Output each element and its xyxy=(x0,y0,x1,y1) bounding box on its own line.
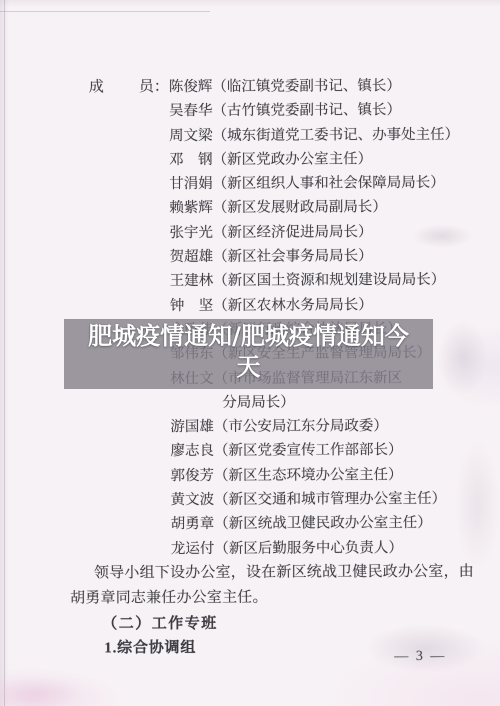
subsection-item-1: 1.综合协调组 xyxy=(104,636,196,657)
caption-line2: 天 xyxy=(237,352,261,383)
member-row: 郭俊芳（新区生态环境办公室主任） xyxy=(0,462,500,488)
member-row: 赖紫辉（新区发展财政局副局长） xyxy=(0,195,499,221)
member-row: 贺超雄（新区社会事务局局长） xyxy=(0,244,500,270)
member-role-label: 成 员： xyxy=(89,75,169,100)
member-row: 陈俊辉（临江镇党委副书记、镇长） xyxy=(0,74,499,100)
member-row: 周文梁（城东街道党工委书记、办事处主任） xyxy=(0,122,499,148)
member-row: 钟 坚（新区农林水务局局长） xyxy=(0,292,500,318)
member-row: 黄文波（新区交通和城市管理办公室主任） xyxy=(1,487,500,513)
member-list: 成 员： 陈俊辉（临江镇党委副书记、镇长） 吴春华（古竹镇党委副书记、镇长） 周… xyxy=(0,74,500,562)
label-yuan: 员： xyxy=(139,75,169,99)
office-paragraph-line1: 领导小组下设办公室，设在新区统战卫健民政办公室，由 xyxy=(94,560,474,583)
label-cheng: 成 xyxy=(89,75,104,99)
member-row: 龙运付（新区后勤服务中心负责人） xyxy=(1,535,500,561)
member-row: 廖志良（新区党委宣传工作部部长） xyxy=(0,438,500,464)
member-row: 张宇光（新区经济促进局局长） xyxy=(0,219,500,245)
caption-line1: 肥城疫情通知/肥城疫情通知今 xyxy=(88,321,409,352)
page-number: — 3 — xyxy=(394,649,446,665)
caption-overlay: 肥城疫情通知/肥城疫情通知今 天 xyxy=(64,319,433,389)
member-row: 王建林（新区国土资源和规划建设局局长） xyxy=(0,268,500,294)
section-heading-2: （二）工作专班 xyxy=(102,612,218,634)
member-row: 甘涓娟（新区组织人事和社会保障局局长） xyxy=(0,171,499,197)
member-row: 游国雄（市公安局江东分局政委） xyxy=(0,414,500,440)
member-row-continuation: 分局局长） xyxy=(0,390,500,416)
member-row: 邓 钢（新区党政办公室主任） xyxy=(0,147,499,173)
member-row: 吴春华（古竹镇党委副书记、镇长） xyxy=(0,98,499,124)
member-row: 胡勇章（新区统战卫健民政办公室主任） xyxy=(1,511,500,537)
scanned-page: 成 员： 陈俊辉（临江镇党委副书记、镇长） 吴春华（古竹镇党委副书记、镇长） 周… xyxy=(0,0,500,706)
office-paragraph-line2: 胡勇章同志兼任办公室主任。 xyxy=(70,586,268,608)
